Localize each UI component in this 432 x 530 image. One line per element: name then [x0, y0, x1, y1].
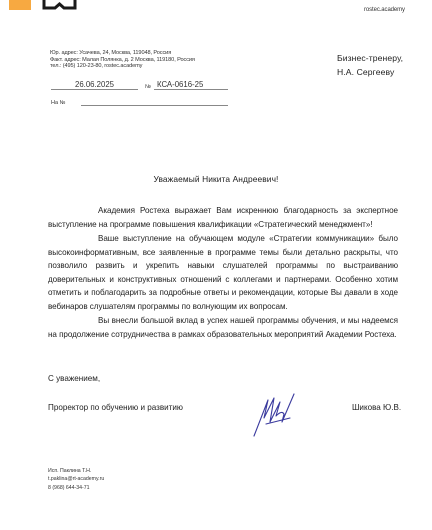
actual-address: Факт. адрес: Малая Полянка, д. 2 Москва,… [50, 57, 195, 64]
executor-name: Исп. Паклина Т.Н. [48, 467, 104, 475]
logo-orange-square [9, 0, 31, 10]
legal-address: Юр. адрес: Усачева, 24, Москва, 119048, … [50, 50, 195, 57]
paragraph-text: Академия Ростеха выражает Вам искреннюю … [48, 204, 398, 231]
letter-date: 26.06.2025 [51, 80, 138, 90]
number-label: № [145, 84, 151, 90]
letter-paragraph-2: Ваше выступление на обучающем модуле «Ст… [48, 232, 398, 314]
reply-to-label: На № [51, 100, 65, 106]
executor-email: t.paklina@rt-academy.ru [48, 475, 104, 483]
signer-position: Проректор по обучению и развитию [48, 403, 183, 412]
recipient-title: Бизнес-тренеру, [337, 51, 403, 65]
letter-greeting: Уважаемый Никита Андреевич! [0, 174, 432, 184]
website-label: rostec.academy [364, 7, 405, 13]
signature-icon [246, 388, 306, 438]
letter-paragraph-1: Академия Ростеха выражает Вам искреннюю … [48, 204, 398, 231]
reply-to-field [81, 98, 228, 106]
recipient-name: Н.А. Сергееву [337, 65, 403, 79]
recipient-block: Бизнес-тренеру, Н.А. Сергееву [337, 51, 403, 79]
letter-closing: С уважением, [48, 374, 100, 383]
letter-number: КСА-0616-25 [154, 80, 228, 90]
paragraph-text: Вы внесли большой вклад в успех нашей пр… [48, 314, 398, 341]
sender-address: Юр. адрес: Усачева, 24, Москва, 119048, … [50, 50, 195, 70]
letter-paragraph-3: Вы внесли большой вклад в успех нашей пр… [48, 314, 398, 341]
executor-block: Исп. Паклина Т.Н. t.paklina@rt-academy.r… [48, 467, 104, 492]
logo-bracket-icon [42, 0, 77, 10]
paragraph-text: Ваше выступление на обучающем модуле «Ст… [48, 232, 398, 314]
signer-name: Шикова Ю.В. [352, 403, 401, 412]
executor-phone: 8 (968) 644-34-71 [48, 484, 104, 492]
phone-site: тел.: (495) 120-23-80, rostec.academy [50, 63, 195, 70]
